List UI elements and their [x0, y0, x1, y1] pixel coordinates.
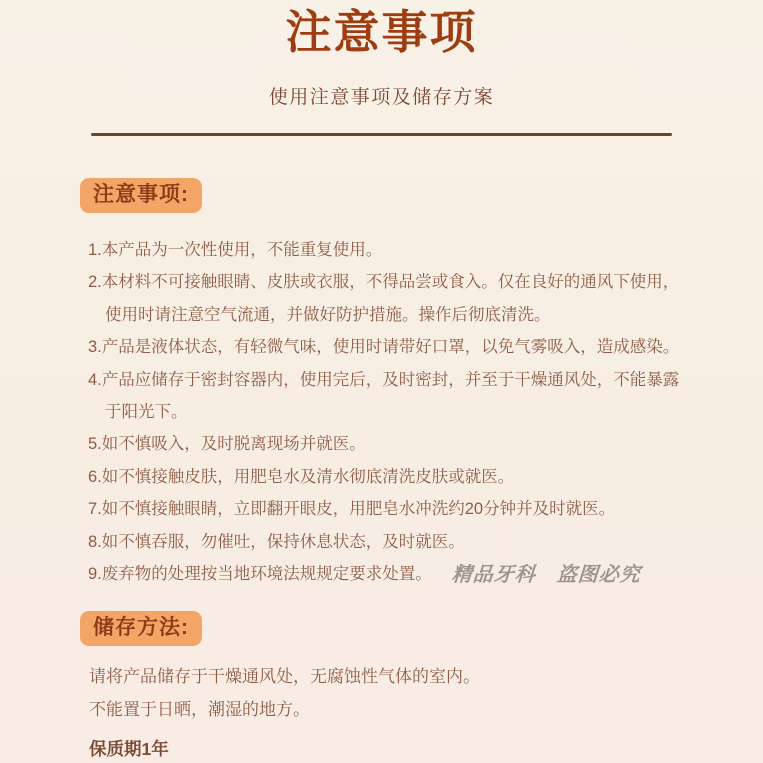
notice-item-4: 4.产品应储存于密封容器内，使用完后，及时密封，并至于干燥通风处，不能暴露于阳光… — [88, 364, 684, 429]
notice-list: 1.本产品为一次性使用，不能重复使用。 2.本材料不可接触眼睛、皮肤或衣服，不得… — [88, 234, 684, 590]
shelf-life-text: 保质期1年 — [89, 737, 763, 761]
notice-item-8: 8.如不慎吞服，勿催吐，保持休息状态，及时就医。 — [88, 526, 684, 558]
notice-section-badge: 注意事项: — [80, 178, 202, 213]
storage-line-2: 不能置于日晒，潮湿的地方。 — [89, 693, 683, 726]
notice-item-1: 1.本产品为一次性使用，不能重复使用。 — [88, 234, 684, 266]
notice-item-5: 5.如不慎吸入，及时脱离现场并就医。 — [88, 428, 684, 460]
notice-item-2: 2.本材料不可接触眼睛、皮肤或衣服，不得品尝或食入。仅在良好的通风下使用，使用时… — [88, 266, 684, 331]
page-subtitle: 使用注意事项及储存方案 — [0, 86, 763, 110]
notice-item-7: 7.如不慎接触眼睛，立即翻开眼皮，用肥皂水冲洗约20分钟并及时就医。 — [88, 493, 684, 525]
notice-item-6: 6.如不慎接触皮肤，用肥皂水及清水彻底清洗皮肤或就医。 — [88, 461, 684, 493]
brand-watermark: 精品牙科 盗图必究 — [451, 558, 642, 587]
page-title: 注意事项 — [0, 0, 763, 58]
storage-line-1: 请将产品储存于干燥通风处，无腐蚀性气体的室内。 — [89, 660, 683, 693]
storage-instructions: 请将产品储存于干燥通风处，无腐蚀性气体的室内。 不能置于日晒，潮湿的地方。 — [89, 660, 683, 726]
notice-page: 注意事项 使用注意事项及储存方案 注意事项: 1.本产品为一次性使用，不能重复使… — [0, 0, 763, 763]
storage-section-badge: 储存方法: — [80, 611, 202, 646]
notice-item-3: 3.产品是液体状态，有轻微气味，使用时请带好口罩，以免气雾吸入，造成感染。 — [88, 331, 684, 363]
